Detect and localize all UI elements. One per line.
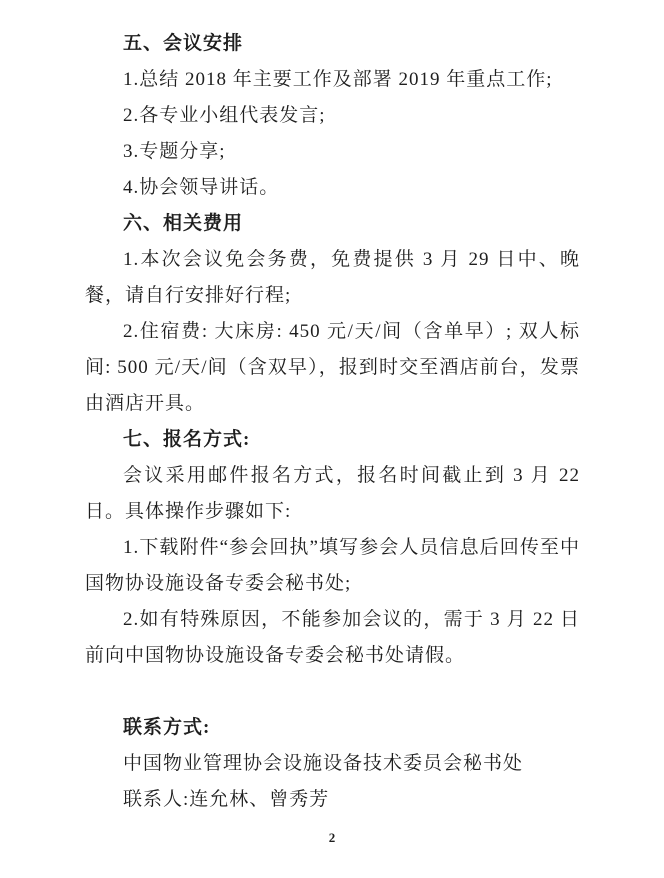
section-heading-registration-method: 七、报名方式: xyxy=(85,422,580,458)
paragraph: 4.协会领导讲话。 xyxy=(85,170,580,206)
paragraph: 会议采用邮件报名方式，报名时间截止到 3 月 22 日。具体操作步骤如下: xyxy=(85,458,580,530)
paragraph: 1.总结 2018 年主要工作及部署 2019 年重点工作; xyxy=(85,62,580,98)
contact-heading: 联系方式: xyxy=(85,710,580,746)
contact-persons: 联系人:连允林、曾秀芳 xyxy=(85,782,580,818)
section-meeting-arrangement: 五、会议安排 1.总结 2018 年主要工作及部署 2019 年重点工作; 2.… xyxy=(85,26,580,206)
paragraph: 2.住宿费: 大床房: 450 元/天/间（含单早）; 双人标间: 500 元/… xyxy=(85,314,580,422)
section-related-fees: 六、相关费用 1.本次会议免会务费，免费提供 3 月 29 日中、晚餐，请自行安… xyxy=(85,206,580,422)
document-page: 五、会议安排 1.总结 2018 年主要工作及部署 2019 年重点工作; 2.… xyxy=(0,0,664,878)
paragraph: 2.如有特殊原因，不能参加会议的，需于 3 月 22 日前向中国物协设施设备专委… xyxy=(85,602,580,674)
paragraph: 1.本次会议免会务费，免费提供 3 月 29 日中、晚餐，请自行安排好行程; xyxy=(85,242,580,314)
contact-block: 联系方式: 中国物业管理协会设施设备技术委员会秘书处 联系人:连允林、曾秀芳 xyxy=(85,710,580,818)
section-heading-related-fees: 六、相关费用 xyxy=(85,206,580,242)
contact-organization: 中国物业管理协会设施设备技术委员会秘书处 xyxy=(85,746,580,782)
page-number: 2 xyxy=(0,830,664,846)
section-registration-method: 七、报名方式: 会议采用邮件报名方式，报名时间截止到 3 月 22 日。具体操作… xyxy=(85,422,580,674)
section-heading-meeting-arrangement: 五、会议安排 xyxy=(85,26,580,62)
paragraph: 3.专题分享; xyxy=(85,134,580,170)
paragraph: 2.各专业小组代表发言; xyxy=(85,98,580,134)
paragraph: 1.下载附件“参会回执”填写参会人员信息后回传至中国物协设施设备专委会秘书处; xyxy=(85,530,580,602)
